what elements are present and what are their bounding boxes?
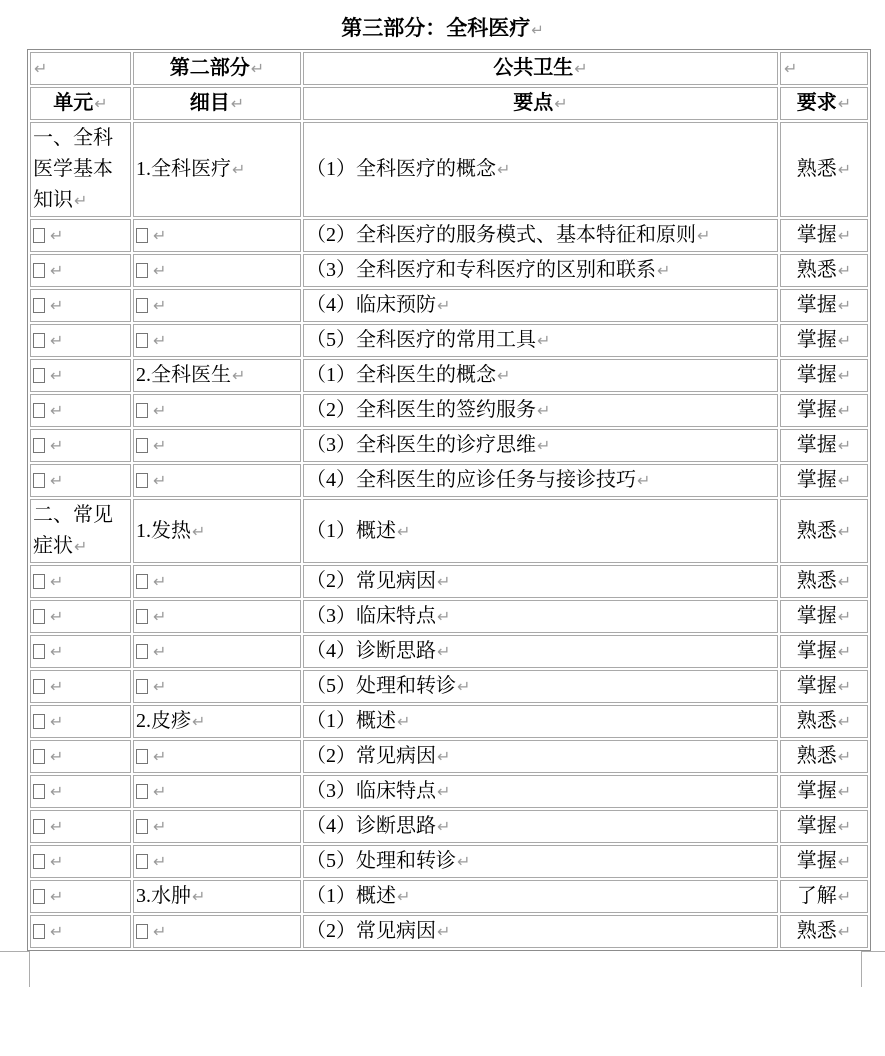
part-header-unit-cell: ↵ xyxy=(30,52,131,85)
item-cell: ↵ xyxy=(133,740,301,773)
point-text: （2）常见病因 xyxy=(306,745,436,767)
empty-cell-marker-icon xyxy=(33,749,45,764)
paragraph-mark-icon: ↵ xyxy=(153,782,166,801)
requirement-text: 熟悉 xyxy=(797,158,837,180)
unit-cell: ↵ xyxy=(30,289,131,322)
unit-cell: ↵ xyxy=(30,670,131,703)
requirement-text: 掌握 xyxy=(797,224,837,246)
paragraph-mark-icon: ↵ xyxy=(784,59,797,78)
paragraph-mark-icon: ↵ xyxy=(838,712,851,731)
paragraph-mark-icon: ↵ xyxy=(50,712,63,731)
table-row: ↵ ↵ （3）全科医疗和专科医疗的区别和联系↵ 熟悉↵ xyxy=(30,254,868,287)
point-text: （1）概述 xyxy=(306,710,396,732)
point-text: （1）全科医生的概念 xyxy=(306,364,496,386)
item-cell: ↵ xyxy=(133,635,301,668)
requirement-text: 掌握 xyxy=(797,850,837,872)
empty-cell-marker-icon xyxy=(136,679,148,694)
syllabus-table: ↵ 第二部分↵ 公共卫生↵ ↵ 单元↵ 细目↵ 要点↵ 要求↵ 一、全科医学基本… xyxy=(27,49,871,951)
item-cell: ↵ xyxy=(133,565,301,598)
paragraph-mark-icon: ↵ xyxy=(537,436,550,455)
requirement-cell: 熟悉↵ xyxy=(780,915,868,948)
paragraph-mark-icon: ↵ xyxy=(34,59,47,78)
table-row: ↵ ↵ （3）临床特点↵ 掌握↵ xyxy=(30,600,868,633)
unit-cell: ↵ xyxy=(30,464,131,497)
empty-cell-marker-icon xyxy=(33,854,45,869)
paragraph-mark-icon: ↵ xyxy=(153,747,166,766)
unit-cell: ↵ xyxy=(30,705,131,738)
empty-cell-marker-icon xyxy=(33,298,45,313)
empty-cell-marker-icon xyxy=(136,333,148,348)
point-cell: （3）临床特点↵ xyxy=(303,600,778,633)
table-row: ↵ ↵ （2）常见病因↵ 熟悉↵ xyxy=(30,740,868,773)
paragraph-mark-icon: ↵ xyxy=(153,817,166,836)
requirement-cell: 掌握↵ xyxy=(780,635,868,668)
unit-cell: ↵ xyxy=(30,775,131,808)
paragraph-mark-icon: ↵ xyxy=(574,59,587,78)
point-cell: （1）概述↵ xyxy=(303,705,778,738)
table-row: ↵ ↵ （5）处理和转诊↵ 掌握↵ xyxy=(30,845,868,878)
point-cell: （2）全科医生的签约服务↵ xyxy=(303,394,778,427)
paragraph-mark-icon: ↵ xyxy=(50,331,63,350)
unit-cell: ↵ xyxy=(30,915,131,948)
item-cell: ↵ xyxy=(133,775,301,808)
column-header-point-text: 要点 xyxy=(513,92,553,114)
item-cell: 3.水肿↵ xyxy=(133,880,301,913)
paragraph-mark-icon: ↵ xyxy=(50,366,63,385)
paragraph-mark-icon: ↵ xyxy=(50,677,63,696)
paragraph-mark-icon: ↵ xyxy=(437,607,450,626)
table-row: ↵ ↵ （4）诊断思路↵ 掌握↵ xyxy=(30,810,868,843)
empty-cell-marker-icon xyxy=(33,714,45,729)
item-cell: ↵ xyxy=(133,254,301,287)
paragraph-mark-icon: ↵ xyxy=(192,522,205,541)
requirement-text: 掌握 xyxy=(797,399,837,421)
item-text: 2.皮疹 xyxy=(136,710,191,732)
requirement-cell: 掌握↵ xyxy=(780,359,868,392)
empty-cell-marker-icon xyxy=(136,819,148,834)
table-row: ↵ ↵ （5）全科医疗的常用工具↵ 掌握↵ xyxy=(30,324,868,357)
requirement-cell: 掌握↵ xyxy=(780,219,868,252)
paragraph-mark-icon: ↵ xyxy=(50,401,63,420)
paragraph-mark-icon: ↵ xyxy=(153,607,166,626)
unit-cell: ↵ xyxy=(30,429,131,462)
requirement-cell: 掌握↵ xyxy=(780,324,868,357)
item-cell: ↵ xyxy=(133,600,301,633)
paragraph-mark-icon: ↵ xyxy=(50,436,63,455)
requirement-cell: 掌握↵ xyxy=(780,775,868,808)
paragraph-mark-icon: ↵ xyxy=(457,852,470,871)
paragraph-mark-icon: ↵ xyxy=(50,572,63,591)
page-title: 第三部分：全科医疗↵ xyxy=(0,15,885,43)
requirement-text: 掌握 xyxy=(797,329,837,351)
part-header-point-text: 公共卫生 xyxy=(493,57,573,79)
unit-cell: ↵ xyxy=(30,845,131,878)
paragraph-mark-icon: ↵ xyxy=(397,887,410,906)
empty-cell-marker-icon xyxy=(33,924,45,939)
item-cell: ↵ xyxy=(133,394,301,427)
column-header-item-text: 细目 xyxy=(190,92,230,114)
paragraph-mark-icon: ↵ xyxy=(192,887,205,906)
table-row: ↵ ↵ （3）全科医生的诊疗思维↵ 掌握↵ xyxy=(30,429,868,462)
empty-cell-marker-icon xyxy=(136,749,148,764)
paragraph-mark-icon: ↵ xyxy=(437,782,450,801)
paragraph-mark-icon: ↵ xyxy=(153,922,166,941)
point-cell: （3）临床特点↵ xyxy=(303,775,778,808)
paragraph-mark-icon: ↵ xyxy=(231,94,244,113)
point-text: （2）常见病因 xyxy=(306,920,436,942)
point-text: （3）全科医疗和专科医疗的区别和联系 xyxy=(306,259,656,281)
paragraph-mark-icon: ↵ xyxy=(437,747,450,766)
requirement-text: 熟悉 xyxy=(797,259,837,281)
point-cell: （4）诊断思路↵ xyxy=(303,635,778,668)
empty-cell-marker-icon xyxy=(33,784,45,799)
empty-cell-marker-icon xyxy=(136,924,148,939)
point-text: （5）全科医疗的常用工具 xyxy=(306,329,536,351)
column-header-row: 单元↵ 细目↵ 要点↵ 要求↵ xyxy=(30,87,868,120)
requirement-cell: 掌握↵ xyxy=(780,464,868,497)
paragraph-mark-icon: ↵ xyxy=(50,782,63,801)
requirement-cell: 熟悉↵ xyxy=(780,705,868,738)
paragraph-mark-icon: ↵ xyxy=(397,712,410,731)
item-cell: 2.皮疹↵ xyxy=(133,705,301,738)
empty-cell-marker-icon xyxy=(136,854,148,869)
point-cell: （4）全科医生的应诊任务与接诊技巧↵ xyxy=(303,464,778,497)
paragraph-mark-icon: ↵ xyxy=(497,160,510,179)
page-title-text: 第三部分：全科医疗 xyxy=(341,16,530,40)
paragraph-mark-icon: ↵ xyxy=(153,852,166,871)
requirement-cell: 熟悉↵ xyxy=(780,254,868,287)
requirement-text: 掌握 xyxy=(797,640,837,662)
item-cell: ↵ xyxy=(133,324,301,357)
requirement-text: 掌握 xyxy=(797,434,837,456)
empty-cell-marker-icon xyxy=(33,368,45,383)
part-header-row: ↵ 第二部分↵ 公共卫生↵ ↵ xyxy=(30,52,868,85)
point-text: （4）诊断思路 xyxy=(306,815,436,837)
paragraph-mark-icon: ↵ xyxy=(697,226,710,245)
requirement-cell: 熟悉↵ xyxy=(780,565,868,598)
requirement-text: 掌握 xyxy=(797,815,837,837)
point-text: （2）全科医疗的服务模式、基本特征和原则 xyxy=(306,224,696,246)
unit-cell: 二、常见症状↵ xyxy=(30,499,131,563)
unit-text: 二、常见症状 xyxy=(33,504,113,557)
paragraph-mark-icon: ↵ xyxy=(153,401,166,420)
point-cell: （4）诊断思路↵ xyxy=(303,810,778,843)
requirement-text: 熟悉 xyxy=(797,570,837,592)
column-header-unit: 单元↵ xyxy=(30,87,131,120)
paragraph-mark-icon: ↵ xyxy=(153,471,166,490)
paragraph-mark-icon: ↵ xyxy=(838,261,851,280)
requirement-text: 掌握 xyxy=(797,675,837,697)
point-text: （2）全科医生的签约服务 xyxy=(306,399,536,421)
requirement-text: 了解 xyxy=(797,885,837,907)
paragraph-mark-icon: ↵ xyxy=(50,817,63,836)
point-text: （3）全科医生的诊疗思维 xyxy=(306,434,536,456)
paragraph-mark-icon: ↵ xyxy=(94,94,107,113)
requirement-cell: 掌握↵ xyxy=(780,670,868,703)
unit-cell: 一、全科医学基本知识↵ xyxy=(30,122,131,217)
column-header-item: 细目↵ xyxy=(133,87,301,120)
paragraph-mark-icon: ↵ xyxy=(838,331,851,350)
item-cell: ↵ xyxy=(133,289,301,322)
paragraph-mark-icon: ↵ xyxy=(531,21,544,39)
paragraph-mark-icon: ↵ xyxy=(838,747,851,766)
paragraph-mark-icon: ↵ xyxy=(251,59,264,78)
paragraph-mark-icon: ↵ xyxy=(437,817,450,836)
paragraph-mark-icon: ↵ xyxy=(50,471,63,490)
empty-cell-marker-icon xyxy=(33,473,45,488)
empty-cell-marker-icon xyxy=(136,644,148,659)
point-cell: （1）全科医生的概念↵ xyxy=(303,359,778,392)
paragraph-mark-icon: ↵ xyxy=(50,607,63,626)
item-cell: ↵ xyxy=(133,670,301,703)
requirement-text: 掌握 xyxy=(797,605,837,627)
point-text: （4）诊断思路 xyxy=(306,640,436,662)
paragraph-mark-icon: ↵ xyxy=(537,401,550,420)
unit-cell: ↵ xyxy=(30,810,131,843)
paragraph-mark-icon: ↵ xyxy=(153,261,166,280)
paragraph-mark-icon: ↵ xyxy=(50,747,63,766)
paragraph-mark-icon: ↵ xyxy=(232,366,245,385)
paragraph-mark-icon: ↵ xyxy=(74,191,87,210)
part-header-req-cell: ↵ xyxy=(780,52,868,85)
table-row: ↵ ↵ （2）全科医疗的服务模式、基本特征和原则↵ 掌握↵ xyxy=(30,219,868,252)
paragraph-mark-icon: ↵ xyxy=(838,94,851,113)
part-header-point-cell: 公共卫生↵ xyxy=(303,52,778,85)
point-text: （1）全科医疗的概念 xyxy=(306,158,496,180)
requirement-cell: 掌握↵ xyxy=(780,429,868,462)
paragraph-mark-icon: ↵ xyxy=(437,572,450,591)
unit-cell: ↵ xyxy=(30,740,131,773)
requirement-cell: 熟悉↵ xyxy=(780,740,868,773)
requirement-text: 掌握 xyxy=(797,469,837,491)
point-cell: （1）概述↵ xyxy=(303,880,778,913)
paragraph-mark-icon: ↵ xyxy=(397,522,410,541)
paragraph-mark-icon: ↵ xyxy=(153,642,166,661)
empty-cell-marker-icon xyxy=(136,473,148,488)
paragraph-mark-icon: ↵ xyxy=(153,677,166,696)
item-text: 1.发热 xyxy=(136,520,191,542)
paragraph-mark-icon: ↵ xyxy=(838,782,851,801)
point-cell: （5）处理和转诊↵ xyxy=(303,670,778,703)
page-corner-mark-right xyxy=(861,951,885,987)
paragraph-mark-icon: ↵ xyxy=(50,296,63,315)
paragraph-mark-icon: ↵ xyxy=(838,642,851,661)
empty-cell-marker-icon xyxy=(33,438,45,453)
empty-cell-marker-icon xyxy=(136,403,148,418)
column-header-point: 要点↵ xyxy=(303,87,778,120)
empty-cell-marker-icon xyxy=(33,889,45,904)
paragraph-mark-icon: ↵ xyxy=(153,572,166,591)
empty-cell-marker-icon xyxy=(33,679,45,694)
point-cell: （1）概述↵ xyxy=(303,499,778,563)
requirement-text: 掌握 xyxy=(797,364,837,386)
requirement-cell: 掌握↵ xyxy=(780,600,868,633)
point-text: （3）临床特点 xyxy=(306,605,436,627)
paragraph-mark-icon: ↵ xyxy=(437,922,450,941)
paragraph-mark-icon: ↵ xyxy=(457,677,470,696)
table-row: ↵ ↵ （3）临床特点↵ 掌握↵ xyxy=(30,775,868,808)
paragraph-mark-icon: ↵ xyxy=(537,331,550,350)
paragraph-mark-icon: ↵ xyxy=(50,922,63,941)
paragraph-mark-icon: ↵ xyxy=(74,537,87,556)
requirement-text: 熟悉 xyxy=(797,745,837,767)
point-cell: （2）常见病因↵ xyxy=(303,740,778,773)
unit-cell: ↵ xyxy=(30,219,131,252)
item-cell: ↵ xyxy=(133,219,301,252)
item-text: 2.全科医生 xyxy=(136,364,231,386)
requirement-cell: 掌握↵ xyxy=(780,394,868,427)
requirement-cell: 掌握↵ xyxy=(780,289,868,322)
unit-cell: ↵ xyxy=(30,600,131,633)
table-row: 一、全科医学基本知识↵ 1.全科医疗↵ （1）全科医疗的概念↵ 熟悉↵ xyxy=(30,122,868,217)
table-row: 二、常见症状↵ 1.发热↵ （1）概述↵ 熟悉↵ xyxy=(30,499,868,563)
paragraph-mark-icon: ↵ xyxy=(497,366,510,385)
unit-cell: ↵ xyxy=(30,565,131,598)
empty-cell-marker-icon xyxy=(136,298,148,313)
empty-cell-marker-icon xyxy=(136,609,148,624)
unit-cell: ↵ xyxy=(30,254,131,287)
table-row: ↵ ↵ （2）常见病因↵ 熟悉↵ xyxy=(30,565,868,598)
part-header-item-cell: 第二部分↵ xyxy=(133,52,301,85)
requirement-text: 掌握 xyxy=(797,780,837,802)
requirement-cell: 熟悉↵ xyxy=(780,499,868,563)
empty-cell-marker-icon xyxy=(33,333,45,348)
table-row: ↵ 2.全科医生↵ （1）全科医生的概念↵ 掌握↵ xyxy=(30,359,868,392)
table-row: ↵ 3.水肿↵ （1）概述↵ 了解↵ xyxy=(30,880,868,913)
point-text: （3）临床特点 xyxy=(306,780,436,802)
item-cell: ↵ xyxy=(133,915,301,948)
empty-cell-marker-icon xyxy=(136,784,148,799)
column-header-req: 要求↵ xyxy=(780,87,868,120)
unit-cell: ↵ xyxy=(30,635,131,668)
paragraph-mark-icon: ↵ xyxy=(838,677,851,696)
point-cell: （4）临床预防↵ xyxy=(303,289,778,322)
paragraph-mark-icon: ↵ xyxy=(437,296,450,315)
paragraph-mark-icon: ↵ xyxy=(637,471,650,490)
point-text: （1）概述 xyxy=(306,520,396,542)
paragraph-mark-icon: ↵ xyxy=(657,261,670,280)
empty-cell-marker-icon xyxy=(33,403,45,418)
item-cell: 2.全科医生↵ xyxy=(133,359,301,392)
table-row: ↵ ↵ （4）诊断思路↵ 掌握↵ xyxy=(30,635,868,668)
table-row: ↵ ↵ （2）常见病因↵ 熟悉↵ xyxy=(30,915,868,948)
item-cell: 1.发热↵ xyxy=(133,499,301,563)
column-header-req-text: 要求 xyxy=(797,92,837,114)
item-cell: ↵ xyxy=(133,845,301,878)
requirement-text: 熟悉 xyxy=(797,920,837,942)
empty-cell-marker-icon xyxy=(136,574,148,589)
item-cell: ↵ xyxy=(133,810,301,843)
requirement-cell: 了解↵ xyxy=(780,880,868,913)
point-cell: （2）常见病因↵ xyxy=(303,915,778,948)
requirement-cell: 熟悉↵ xyxy=(780,122,868,217)
point-cell: （2）全科医疗的服务模式、基本特征和原则↵ xyxy=(303,219,778,252)
paragraph-mark-icon: ↵ xyxy=(838,887,851,906)
empty-cell-marker-icon xyxy=(33,644,45,659)
table-row: ↵ ↵ （5）处理和转诊↵ 掌握↵ xyxy=(30,670,868,703)
empty-cell-marker-icon xyxy=(33,263,45,278)
item-text: 1.全科医疗 xyxy=(136,158,231,180)
unit-text: 一、全科医学基本知识 xyxy=(33,127,113,211)
paragraph-mark-icon: ↵ xyxy=(50,887,63,906)
item-cell: ↵ xyxy=(133,429,301,462)
empty-cell-marker-icon xyxy=(33,609,45,624)
point-cell: （5）处理和转诊↵ xyxy=(303,845,778,878)
column-header-unit-text: 单元 xyxy=(53,92,93,114)
point-cell: （1）全科医疗的概念↵ xyxy=(303,122,778,217)
paragraph-mark-icon: ↵ xyxy=(838,471,851,490)
point-text: （4）全科医生的应诊任务与接诊技巧 xyxy=(306,469,636,491)
unit-cell: ↵ xyxy=(30,880,131,913)
paragraph-mark-icon: ↵ xyxy=(153,296,166,315)
paragraph-mark-icon: ↵ xyxy=(838,226,851,245)
paragraph-mark-icon: ↵ xyxy=(153,436,166,455)
page-corner-mark-left xyxy=(0,951,30,987)
paragraph-mark-icon: ↵ xyxy=(232,160,245,179)
point-cell: （3）全科医生的诊疗思维↵ xyxy=(303,429,778,462)
item-text: 3.水肿 xyxy=(136,885,191,907)
table-row: ↵ ↵ （4）临床预防↵ 掌握↵ xyxy=(30,289,868,322)
paragraph-mark-icon: ↵ xyxy=(838,572,851,591)
paragraph-mark-icon: ↵ xyxy=(838,607,851,626)
requirement-text: 熟悉 xyxy=(797,520,837,542)
paragraph-mark-icon: ↵ xyxy=(192,712,205,731)
point-text: （2）常见病因 xyxy=(306,570,436,592)
empty-cell-marker-icon xyxy=(136,438,148,453)
requirement-text: 掌握 xyxy=(797,294,837,316)
point-cell: （2）常见病因↵ xyxy=(303,565,778,598)
paragraph-mark-icon: ↵ xyxy=(153,331,166,350)
empty-cell-marker-icon xyxy=(33,819,45,834)
unit-cell: ↵ xyxy=(30,324,131,357)
point-cell: （5）全科医疗的常用工具↵ xyxy=(303,324,778,357)
point-text: （5）处理和转诊 xyxy=(306,675,456,697)
paragraph-mark-icon: ↵ xyxy=(153,226,166,245)
unit-cell: ↵ xyxy=(30,394,131,427)
paragraph-mark-icon: ↵ xyxy=(50,261,63,280)
requirement-text: 熟悉 xyxy=(797,710,837,732)
point-text: （5）处理和转诊 xyxy=(306,850,456,872)
point-cell: （3）全科医疗和专科医疗的区别和联系↵ xyxy=(303,254,778,287)
point-text: （4）临床预防 xyxy=(306,294,436,316)
table-row: ↵ 2.皮疹↵ （1）概述↵ 熟悉↵ xyxy=(30,705,868,738)
paragraph-mark-icon: ↵ xyxy=(838,522,851,541)
table-row: ↵ ↵ （2）全科医生的签约服务↵ 掌握↵ xyxy=(30,394,868,427)
paragraph-mark-icon: ↵ xyxy=(838,296,851,315)
paragraph-mark-icon: ↵ xyxy=(838,366,851,385)
requirement-cell: 掌握↵ xyxy=(780,810,868,843)
paragraph-mark-icon: ↵ xyxy=(50,226,63,245)
unit-cell: ↵ xyxy=(30,359,131,392)
item-cell: ↵ xyxy=(133,464,301,497)
paragraph-mark-icon: ↵ xyxy=(838,922,851,941)
empty-cell-marker-icon xyxy=(136,263,148,278)
paragraph-mark-icon: ↵ xyxy=(838,401,851,420)
point-text: （1）概述 xyxy=(306,885,396,907)
empty-cell-marker-icon xyxy=(33,228,45,243)
part-header-item-text: 第二部分 xyxy=(170,57,250,79)
paragraph-mark-icon: ↵ xyxy=(838,436,851,455)
table-row: ↵ ↵ （4）全科医生的应诊任务与接诊技巧↵ 掌握↵ xyxy=(30,464,868,497)
requirement-cell: 掌握↵ xyxy=(780,845,868,878)
empty-cell-marker-icon xyxy=(136,228,148,243)
empty-cell-marker-icon xyxy=(33,574,45,589)
paragraph-mark-icon: ↵ xyxy=(838,817,851,836)
item-cell: 1.全科医疗↵ xyxy=(133,122,301,217)
paragraph-mark-icon: ↵ xyxy=(50,852,63,871)
paragraph-mark-icon: ↵ xyxy=(838,852,851,871)
paragraph-mark-icon: ↵ xyxy=(437,642,450,661)
